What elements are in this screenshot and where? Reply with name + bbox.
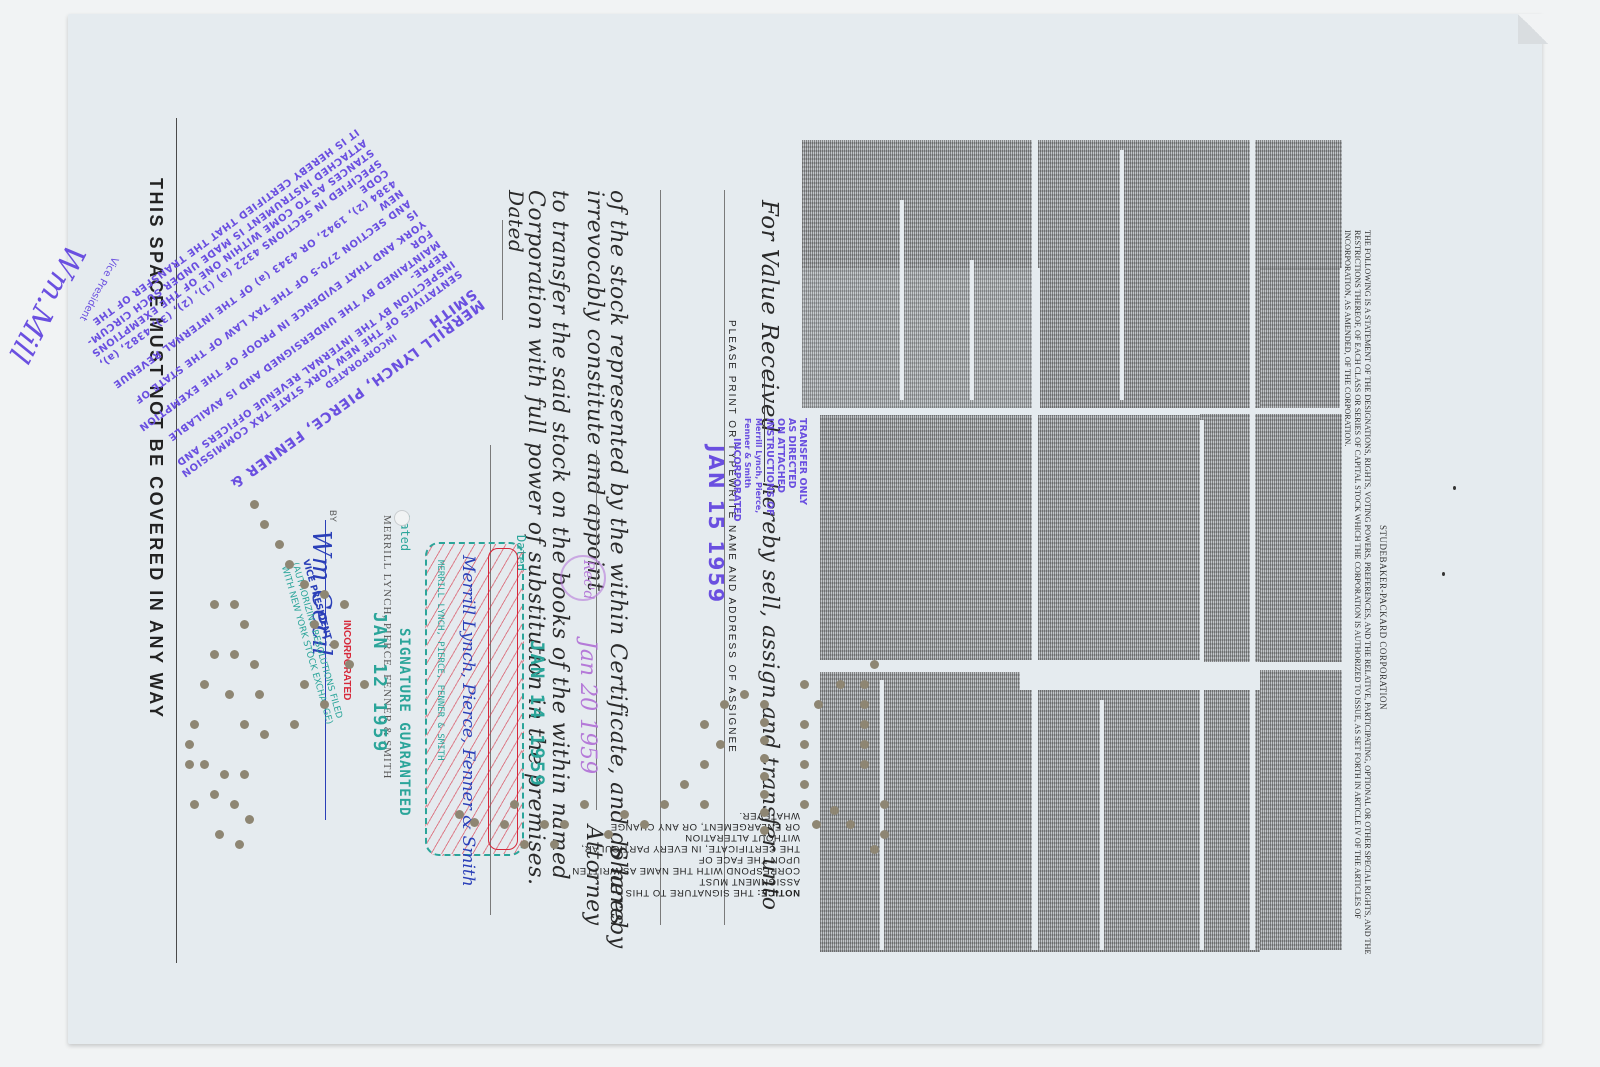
perforation-hole bbox=[700, 800, 709, 809]
fine-print-block bbox=[1020, 690, 1260, 952]
perforation-hole bbox=[550, 840, 559, 849]
perforation-hole bbox=[210, 600, 219, 609]
perforation-hole bbox=[814, 700, 823, 709]
perforation-hole bbox=[240, 770, 249, 779]
perforation-hole bbox=[215, 830, 224, 839]
notice-text-2: CORRESPOND WITH THE NAME AS WRITTEN UPON… bbox=[560, 854, 800, 876]
perforation-hole bbox=[190, 800, 199, 809]
perforation-hole bbox=[250, 660, 259, 669]
irrevocably-text: irrevocably constitute and appoint bbox=[582, 190, 607, 591]
perforation-hole bbox=[320, 590, 329, 599]
perforation-hole bbox=[860, 720, 869, 729]
perforation-hole bbox=[800, 800, 809, 809]
transfer-stamp-line-3: Merrill Lynch, Pierce, Fenner & Smith bbox=[742, 418, 764, 518]
guarantee-title: SIGNATURE GUARANTEED bbox=[396, 628, 412, 817]
perforation-hole bbox=[846, 820, 855, 829]
perforation-hole bbox=[220, 770, 229, 779]
perforation-hole bbox=[860, 760, 869, 769]
perforation-hole bbox=[760, 808, 769, 817]
statement-line-2: RESTRICTIONS THEREOF, OF EACH CLASS OR S… bbox=[1353, 230, 1362, 919]
dated-stamp-value: JAN 14 1959 bbox=[526, 640, 548, 788]
perforation-hole bbox=[716, 740, 725, 749]
perforation-hole bbox=[620, 810, 629, 819]
perforation-hole bbox=[230, 600, 239, 609]
dated-label: Dated bbox=[504, 190, 528, 253]
statement-line-1: THE FOLLOWING IS A STATEMENT OF THE DESI… bbox=[1363, 230, 1372, 954]
perforation-hole bbox=[560, 820, 569, 829]
perforation-hole bbox=[250, 500, 259, 509]
perforation-hole bbox=[230, 650, 239, 659]
notice-text-3: THE CERTIFICATE, IN EVERY PARTICULAR, WI… bbox=[560, 832, 800, 854]
perforation-hole bbox=[660, 800, 669, 809]
perforation-hole bbox=[255, 690, 264, 699]
perforation-hole bbox=[290, 720, 299, 729]
perforation-hole bbox=[800, 760, 809, 769]
for-value-received: For Value Received bbox=[756, 200, 782, 433]
perforation-hole bbox=[870, 845, 879, 854]
fine-print-block bbox=[802, 268, 1032, 408]
perforation-hole bbox=[760, 700, 769, 709]
box-stamp-signature: Merrill Lynch, Pierce, Fenner & Smith bbox=[458, 555, 478, 887]
perforation-hole bbox=[800, 720, 809, 729]
perforation-hole bbox=[760, 718, 769, 727]
perforation-hole bbox=[860, 740, 869, 749]
perforation-hole bbox=[210, 790, 219, 799]
perforation-hole bbox=[800, 680, 809, 689]
perforation-hole bbox=[880, 800, 889, 809]
perforation-hole bbox=[240, 620, 249, 629]
perforation-hole bbox=[700, 760, 709, 769]
perforation-hole bbox=[310, 620, 319, 629]
perforation-hole bbox=[235, 840, 244, 849]
perforation-hole bbox=[225, 690, 234, 699]
box-stamp-firm: MERRILL LYNCH, PIERCE, FENNER & SMITH bbox=[435, 560, 445, 760]
perforation-hole bbox=[300, 580, 309, 589]
perforation-hole bbox=[320, 700, 329, 709]
perforation-hole bbox=[330, 640, 339, 649]
perforation-hole bbox=[200, 680, 209, 689]
perforation-hole bbox=[345, 660, 354, 669]
perforation-hole bbox=[836, 680, 845, 689]
transfer-stamp-line-4: INCORPORATED bbox=[731, 418, 742, 518]
perforation-hole bbox=[510, 800, 519, 809]
received-stamp-text: Rec'd bbox=[580, 560, 596, 599]
transfer-instructions-stamp: TRANSFER ONLY AS DIRECTED ON ATTACHED IN… bbox=[731, 418, 808, 518]
fine-print-block bbox=[820, 672, 1020, 952]
perforation-hole bbox=[800, 780, 809, 789]
transfer-stamp-line-2: ON ATTACHED INSTRUCTIONS OF bbox=[764, 418, 786, 518]
perforation-hole bbox=[190, 720, 199, 729]
perforation-hole bbox=[580, 800, 589, 809]
fine-print-block bbox=[802, 140, 1342, 268]
perforation-hole bbox=[285, 560, 294, 569]
perforation-hole bbox=[185, 760, 194, 769]
perforation-hole bbox=[500, 820, 509, 829]
perforation-hole bbox=[640, 820, 649, 829]
perforation-hole bbox=[260, 520, 269, 529]
perforation-hole bbox=[520, 840, 529, 849]
perforation-hole bbox=[812, 820, 821, 829]
perforation-hole bbox=[260, 730, 269, 739]
statement-line-3: INCORPORATION, AS AMENDED, OF THE CORPOR… bbox=[1343, 230, 1352, 446]
perforation-hole bbox=[230, 800, 239, 809]
fine-print-block bbox=[820, 415, 1200, 660]
fine-print-block bbox=[1160, 268, 1260, 408]
perforation-hole bbox=[470, 818, 479, 827]
perforation-hole bbox=[185, 740, 194, 749]
transfer-stamp-date: JAN 15 1959 bbox=[704, 445, 728, 604]
perforation-hole bbox=[800, 740, 809, 749]
notice-title: NOTICE: bbox=[757, 887, 800, 898]
perforation-hole bbox=[540, 820, 549, 829]
perforation-hole bbox=[275, 540, 284, 549]
perforation-hole bbox=[760, 772, 769, 781]
perforation-hole bbox=[340, 600, 349, 609]
transfer-stamp-line-1: TRANSFER ONLY AS DIRECTED bbox=[786, 418, 808, 518]
perforation-hole bbox=[200, 760, 209, 769]
perforation-hole bbox=[604, 830, 613, 839]
dated-line[interactable] bbox=[502, 220, 503, 320]
perforation-hole bbox=[830, 806, 839, 815]
guarantee-date: JAN 12 1959 bbox=[369, 612, 390, 753]
perforation-hole bbox=[240, 720, 249, 729]
perforation-hole bbox=[760, 826, 769, 835]
margin-rule bbox=[176, 118, 177, 963]
corporation-title: STUDEBAKER-PACKARD CORPORATION bbox=[1378, 525, 1388, 710]
guarantee-by-label: BY bbox=[328, 510, 338, 522]
notice-block: NOTICE: THE SIGNATURE TO THIS ASSIGNMENT… bbox=[560, 810, 800, 898]
perforation-hole bbox=[680, 780, 689, 789]
binding-hole bbox=[394, 510, 410, 526]
fine-print-block bbox=[1040, 268, 1160, 408]
fine-print-block bbox=[1260, 530, 1342, 950]
perforation-hole bbox=[760, 736, 769, 745]
perforation-hole bbox=[860, 700, 869, 709]
perforation-hole bbox=[860, 680, 869, 689]
perforation-hole bbox=[760, 790, 769, 799]
perforation-hole bbox=[740, 690, 749, 699]
perforation-hole bbox=[360, 680, 369, 689]
perforation-hole bbox=[720, 700, 729, 709]
perforation-hole bbox=[760, 754, 769, 763]
transfer-line: to transfer the said stock on the books … bbox=[547, 190, 572, 880]
perforation-hole bbox=[210, 650, 219, 659]
perforation-hole bbox=[455, 810, 464, 819]
received-handwritten-date: Jan 20 1959 bbox=[575, 640, 600, 774]
perforation-hole bbox=[245, 815, 254, 824]
perforation-hole bbox=[880, 830, 889, 839]
perforation-hole bbox=[700, 720, 709, 729]
perforation-hole bbox=[300, 680, 309, 689]
perforation-hole bbox=[870, 660, 879, 669]
